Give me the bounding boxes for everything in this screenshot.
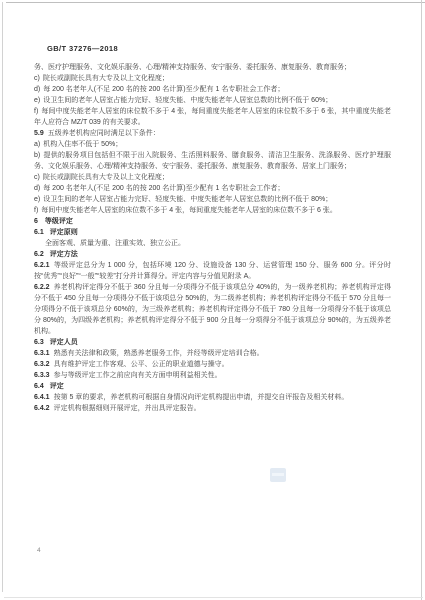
heading-title: 评定人员 [50, 339, 78, 346]
chapter-heading: 6等级评定 [34, 216, 391, 227]
page-number: 4 [37, 547, 41, 554]
clause-number: 6.2.2 [34, 284, 50, 291]
body-paragraph: 全面客观、质量为重、注重实效、独立公正。 [34, 238, 391, 249]
numbered-paragraph: 6.2.2养老机构评定得分不低于 360 分且每一分项得分不低于该项总分 40%… [34, 282, 391, 337]
clause-number: 6.4.2 [34, 405, 50, 412]
list-item-label: d) [34, 185, 40, 192]
list-item: e)设卫生间的老年人居室占能力完好、轻度失能、中度失能老年人居室总数的比例不低于… [34, 194, 391, 205]
standard-number-header: GB/T 37276—2018 [47, 44, 118, 53]
list-item-label: f) [34, 108, 38, 115]
list-item-label: c) [34, 174, 40, 181]
list-item: f)每间中度失能老年人居室的床位数不多于 4 张，每间重度失能老年人居室的床位数… [34, 205, 391, 216]
scan-edge-left [2, 2, 3, 592]
list-item: f)每间中度失能老年人居室的床位数不多于 4 张，每间重度失能老年人居室的床位数… [34, 106, 391, 128]
clause-number: 6.3.3 [34, 372, 50, 379]
clause-number: 6 [34, 218, 38, 225]
scan-edge-bottom [4, 597, 423, 598]
section-heading: 6.1评定原则 [34, 227, 391, 238]
clause-number: 6.3.2 [34, 361, 50, 368]
watermark-stamp [270, 468, 286, 482]
section-heading: 6.3评定人员 [34, 337, 391, 348]
list-item: c)院长或副院长具有大专及以上文化程度； [34, 73, 391, 84]
numbered-paragraph: 6.4.1按第 5 章的要求，养老机构可根据自身情况向评定机构提出申请，并提交自… [34, 392, 391, 403]
numbered-paragraph: 6.3.1熟悉有关法律和政策，熟悉养老服务工作，并经等级评定培训合格。 [34, 348, 391, 359]
clause-number: 6.3.1 [34, 350, 50, 357]
list-item: d)每 200 名老年人(不足 200 名的按 200 名计算)至少配有 1 名… [34, 183, 391, 194]
list-item-label: e) [34, 97, 40, 104]
list-item-label: b) [34, 152, 40, 159]
numbered-paragraph: 6.2.1等级评定总分为 1 000 分，包括环境 120 分、设施设备 130… [34, 260, 391, 282]
clause-number: 6.2.1 [34, 262, 50, 269]
heading-title: 评定方法 [50, 251, 78, 258]
list-item: d)每 200 名老年人(不足 200 名的按 200 名计算)至少配有 1 名… [34, 84, 391, 95]
scan-edge-top [6, 2, 425, 3]
heading-title: 评定 [50, 383, 64, 390]
clause-number: 6.1 [34, 229, 44, 236]
heading-title: 等级评定 [45, 218, 73, 225]
numbered-paragraph: 6.3.3参与等级评定工作之前应向有关方面申明利益相关性。 [34, 370, 391, 381]
numbered-paragraph: 6.4.2评定机构根据细则开展评定，并出具评定报告。 [34, 403, 391, 414]
numbered-paragraph: 6.3.2具有维护评定工作客观、公平、公正的职业道德与操守。 [34, 359, 391, 370]
list-item-label: f) [34, 207, 38, 214]
list-item-continuation: 务、医疗护理服务、文化娱乐服务、心理/精神支持服务、安宁服务、委托服务、康复服务… [34, 62, 391, 73]
list-item-label: a) [34, 141, 40, 148]
list-item-label: e) [34, 196, 40, 203]
clause-number: 6.3 [34, 339, 44, 346]
clause-number: 6.4 [34, 383, 44, 390]
list-item-label: c) [34, 75, 40, 82]
list-item-label: d) [34, 86, 40, 93]
list-item: c)院长或副院长具有大专及以上文化程度； [34, 172, 391, 183]
clause-title: 5.9五级养老机构应同时满足以下条件： [34, 128, 391, 139]
section-heading: 6.2评定方法 [34, 249, 391, 260]
list-item: a)机构入住率不低于 50%； [34, 139, 391, 150]
section-heading: 6.4评定 [34, 381, 391, 392]
heading-title: 评定原则 [50, 229, 78, 236]
clause-number: 5.9 [34, 130, 44, 137]
scan-edge-right [421, 0, 422, 600]
clause-number: 6.4.1 [34, 394, 50, 401]
clause-number: 6.2 [34, 251, 44, 258]
list-item: e)设卫生间的老年人居室占能力完好、轻度失能、中度失能老年人居室总数的比例不低于… [34, 95, 391, 106]
list-item: b)提供的服务项目包括但不限于出入院服务、生活照料服务、膳食服务、清洁卫生服务、… [34, 150, 391, 172]
document-body: 务、医疗护理服务、文化娱乐服务、心理/精神支持服务、安宁服务、委托服务、康复服务… [34, 62, 391, 414]
